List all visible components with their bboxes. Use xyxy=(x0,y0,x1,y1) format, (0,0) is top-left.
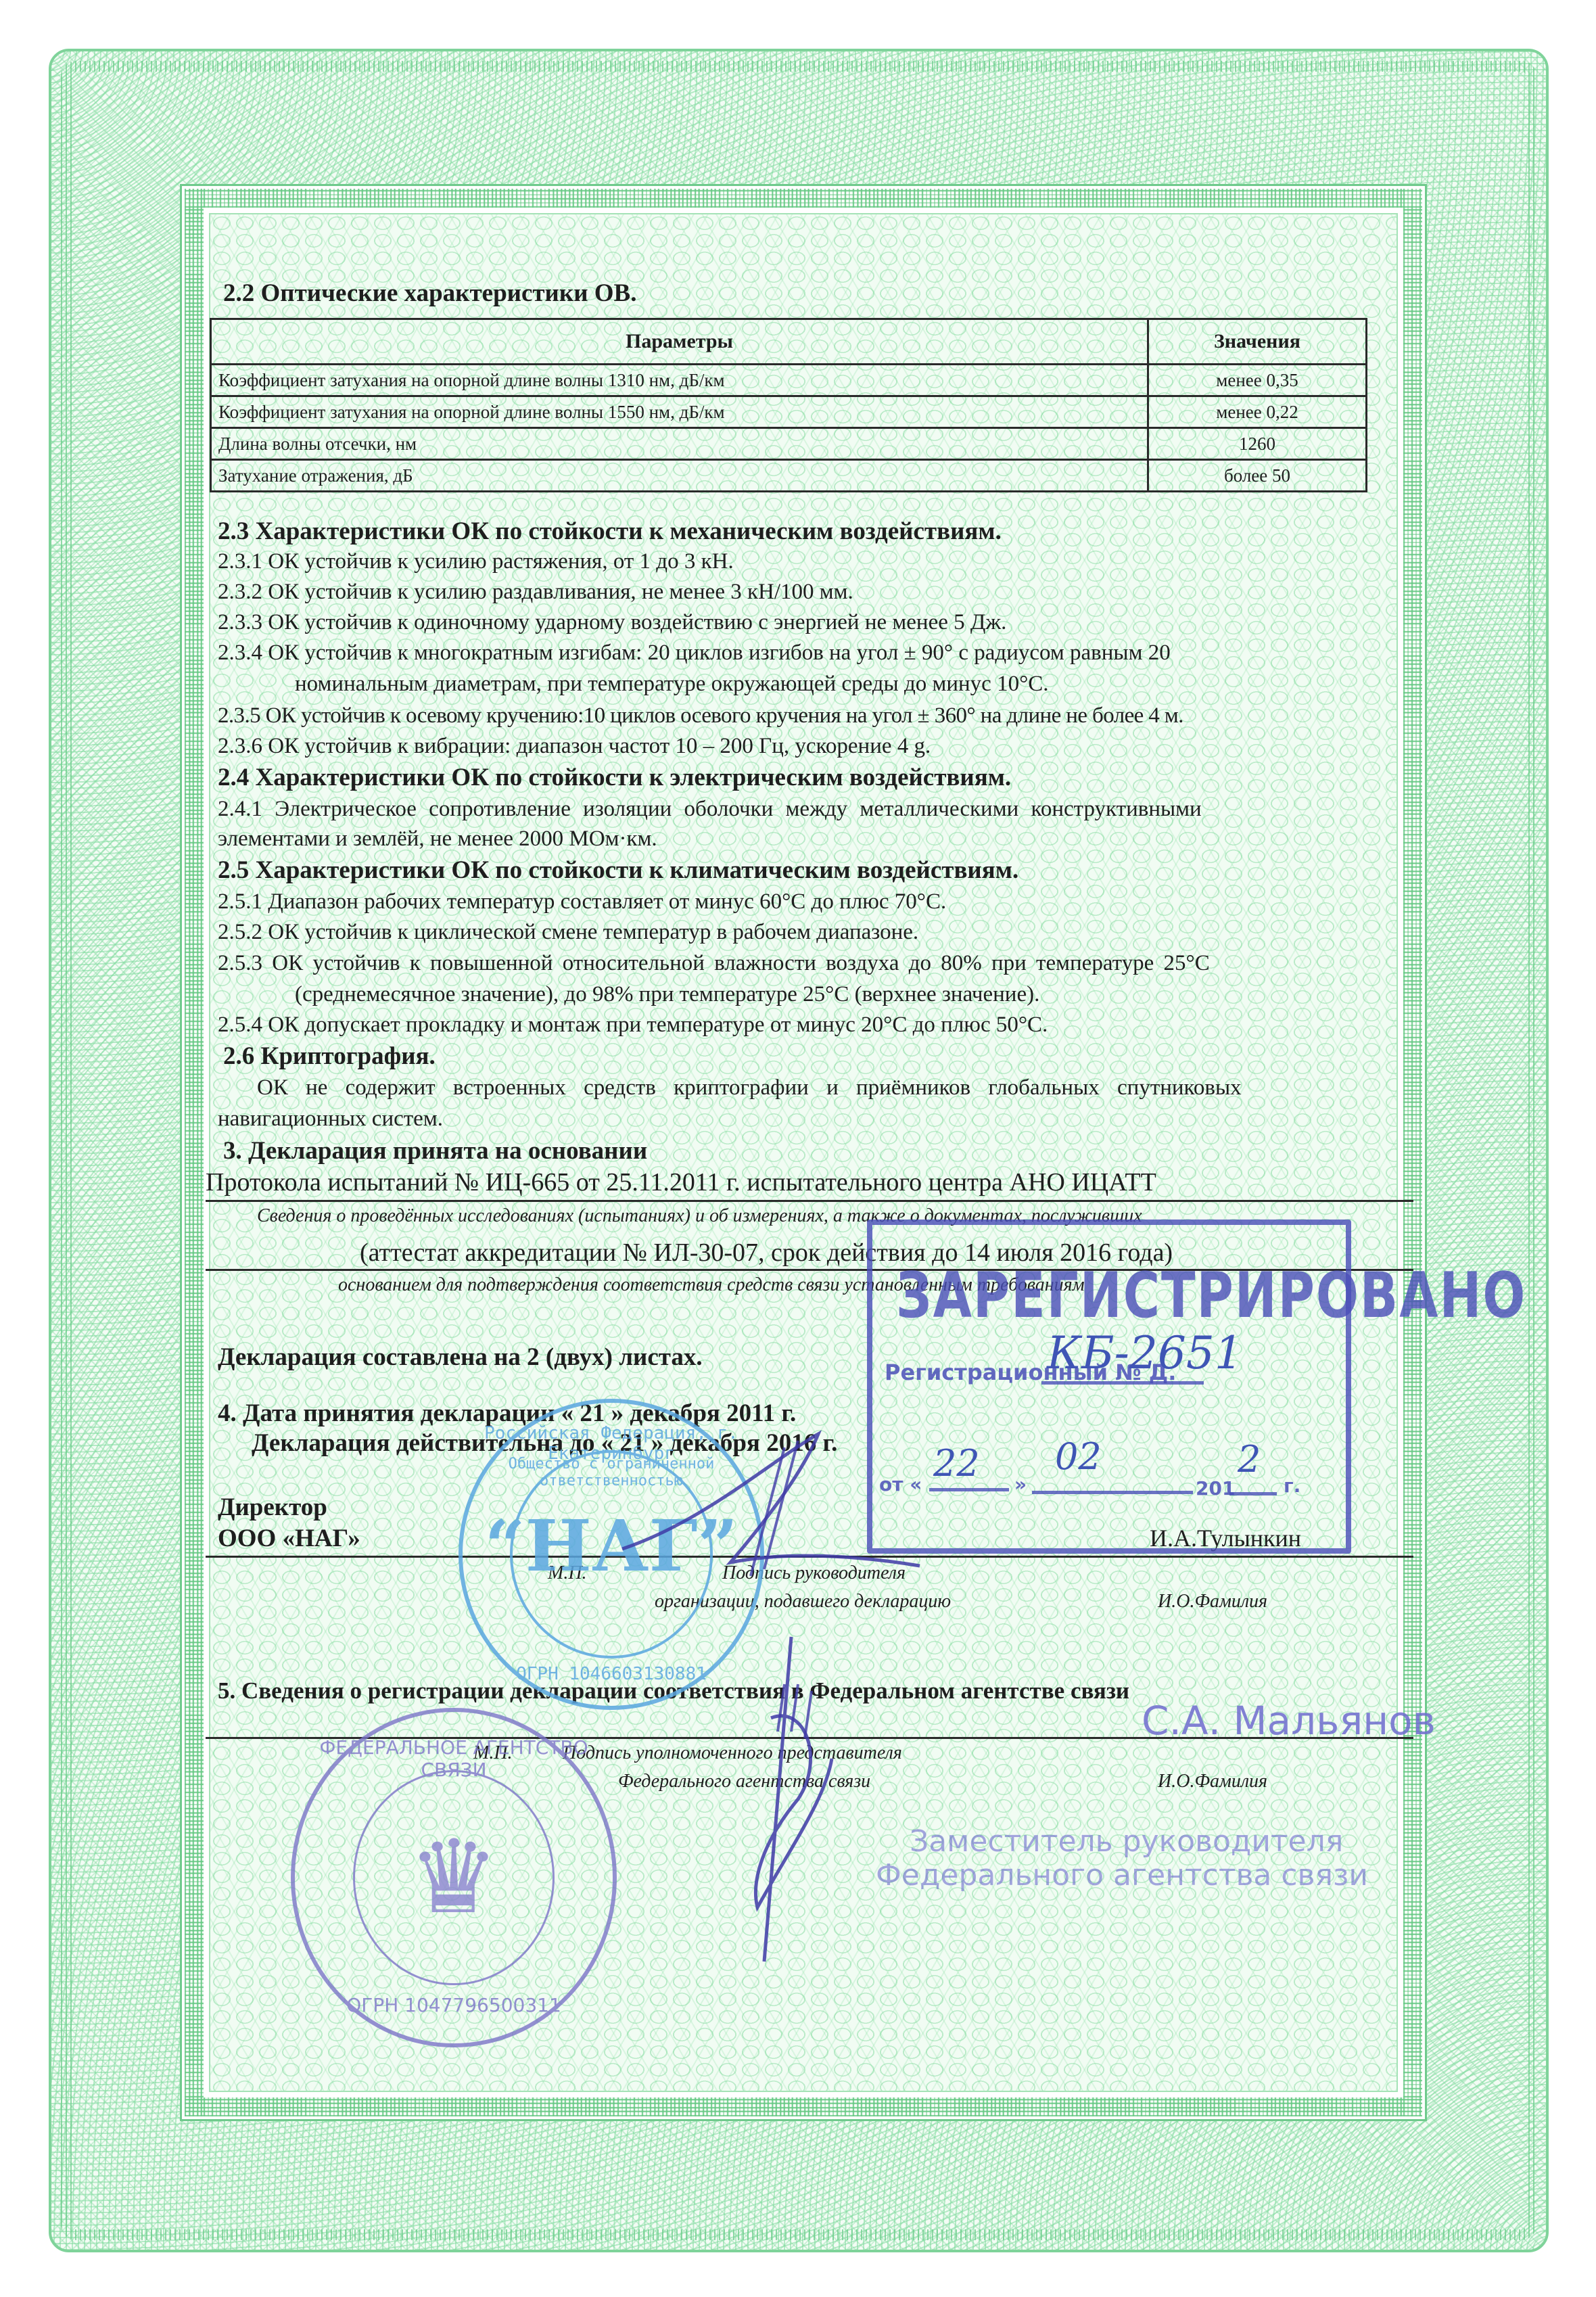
item-2-5-2: 2.5.2 ОК устойчив к циклической смене те… xyxy=(218,920,918,945)
official-name-stamp: С.А. Мальянов xyxy=(1142,1698,1436,1744)
agency-signature xyxy=(690,1623,893,1975)
section-2-5-title: 2.5 Характеристики ОК по стойкости к кли… xyxy=(218,856,1018,885)
section-2-6-title: 2.6 Криптография. xyxy=(223,1042,436,1071)
value-cell: 1260 xyxy=(1148,428,1367,460)
name-caption: И.О.Фамилия xyxy=(1158,1591,1267,1612)
year-prefix: 201 xyxy=(1196,1477,1235,1500)
table-row: Коэффициент затухания на опорной длине в… xyxy=(211,365,1367,396)
param-cell: Затухание отражения, дБ xyxy=(211,460,1148,492)
section-2-2-title: 2.2 Оптические характеристики ОВ. xyxy=(223,279,636,308)
agency-name-caption: И.О.Фамилия xyxy=(1158,1771,1267,1792)
value-cell: более 50 xyxy=(1148,460,1367,492)
item-2-5-1: 2.5.1 Диапазон рабочих температур состав… xyxy=(218,889,946,914)
section-2-3-title: 2.3 Характеристики ОК по стойкости к мех… xyxy=(218,517,1002,546)
agency-seal-ogrn: ОГРН 1047796500311 xyxy=(295,1994,613,2016)
value-cell: менее 0,35 xyxy=(1148,365,1367,396)
table-row: Длина волны отсечки, нм 1260 xyxy=(211,428,1367,460)
table-header-params: Параметры xyxy=(211,319,1148,365)
official-position-stamp: Заместитель руководителя xyxy=(910,1824,1343,1859)
item-2-4-1-cont: элементами и землёй, не менее 2000 МОм·к… xyxy=(218,827,657,852)
item-2-5-3: 2.5.3 ОК устойчив к повышенной относител… xyxy=(218,951,1210,976)
param-cell: Коэффициент затухания на опорной длине в… xyxy=(211,365,1148,396)
item-2-3-4-cont: номинальным диаметрам, при температуре о… xyxy=(295,672,1049,697)
test-protocol: Протокола испытаний № ИЦ-665 от 25.11.20… xyxy=(206,1167,1156,1197)
value-cell: менее 0,22 xyxy=(1148,396,1367,428)
reg-month: 02 xyxy=(1055,1435,1102,1478)
organization-name: ООО «НАГ» xyxy=(218,1524,360,1553)
sheets-count: Декларация составлена на 2 (двух) листах… xyxy=(218,1343,703,1372)
item-2-3-5: 2.3.5 ОК устойчив к осевому кручению:10 … xyxy=(218,703,1183,728)
director-title: Директор xyxy=(218,1493,327,1522)
item-2-4-1: 2.4.1 Электрическое сопротивление изоляц… xyxy=(218,797,1202,822)
agency-seal-text: ФЕДЕРАЛЬНОЕ АГЕНТСТВО СВЯЗИ xyxy=(295,1736,613,1781)
table-header-values: Значения xyxy=(1148,319,1367,365)
registered-stamp-title: ЗАРЕГИСТРИРОВАНО xyxy=(896,1259,1526,1332)
crypto-text: ОК не содержит встроенных средств крипто… xyxy=(257,1075,1242,1100)
section-2-4-title: 2.4 Характеристики ОК по стойкости к эле… xyxy=(218,763,1011,792)
item-2-3-1: 2.3.1 ОК устойчив к усилию растяжения, о… xyxy=(218,549,734,574)
item-2-3-6: 2.3.6 ОК устойчив к вибрации: диапазон ч… xyxy=(218,734,931,759)
reg-day: 22 xyxy=(933,1442,980,1485)
section-3-title: 3. Декларация принята на основании xyxy=(223,1136,647,1165)
item-2-3-4: 2.3.4 ОК устойчив к многократным изгибам… xyxy=(218,641,1367,666)
director-signature xyxy=(595,1407,933,1583)
param-cell: Длина волны отсечки, нм xyxy=(211,428,1148,460)
agency-seal: ФЕДЕРАЛЬНОЕ АГЕНТСТВО СВЯЗИ ♛ ОГРН 10477… xyxy=(291,1708,617,2047)
item-2-5-4: 2.5.4 ОК допускает прокладку и монтаж пр… xyxy=(218,1013,1048,1038)
reg-year: 2 xyxy=(1238,1438,1261,1481)
quote-close: » xyxy=(1014,1473,1027,1495)
coat-of-arms-icon: ♛ xyxy=(408,1819,499,1936)
optical-characteristics-table: Параметры Значения Коэффициент затухания… xyxy=(210,318,1367,492)
item-2-3-2: 2.3.2 ОК устойчив к усилию раздавливания… xyxy=(218,580,853,605)
param-cell: Коэффициент затухания на опорной длине в… xyxy=(211,396,1148,428)
official-position-stamp-2: Федерального агентства связи xyxy=(876,1858,1368,1893)
item-2-3-3: 2.3.3 ОК устойчив к одиночному ударному … xyxy=(218,610,1006,635)
table-row: Затухание отражения, дБ более 50 xyxy=(211,460,1367,492)
crypto-text-cont: навигационных систем. xyxy=(218,1107,443,1132)
regno-value: КБ-2651 xyxy=(1047,1327,1243,1379)
item-2-5-3-cont: (среднемесячное значение), до 98% при те… xyxy=(295,982,1039,1007)
year-end: г. xyxy=(1284,1475,1300,1497)
table-row: Коэффициент затухания на опорной длине в… xyxy=(211,396,1367,428)
